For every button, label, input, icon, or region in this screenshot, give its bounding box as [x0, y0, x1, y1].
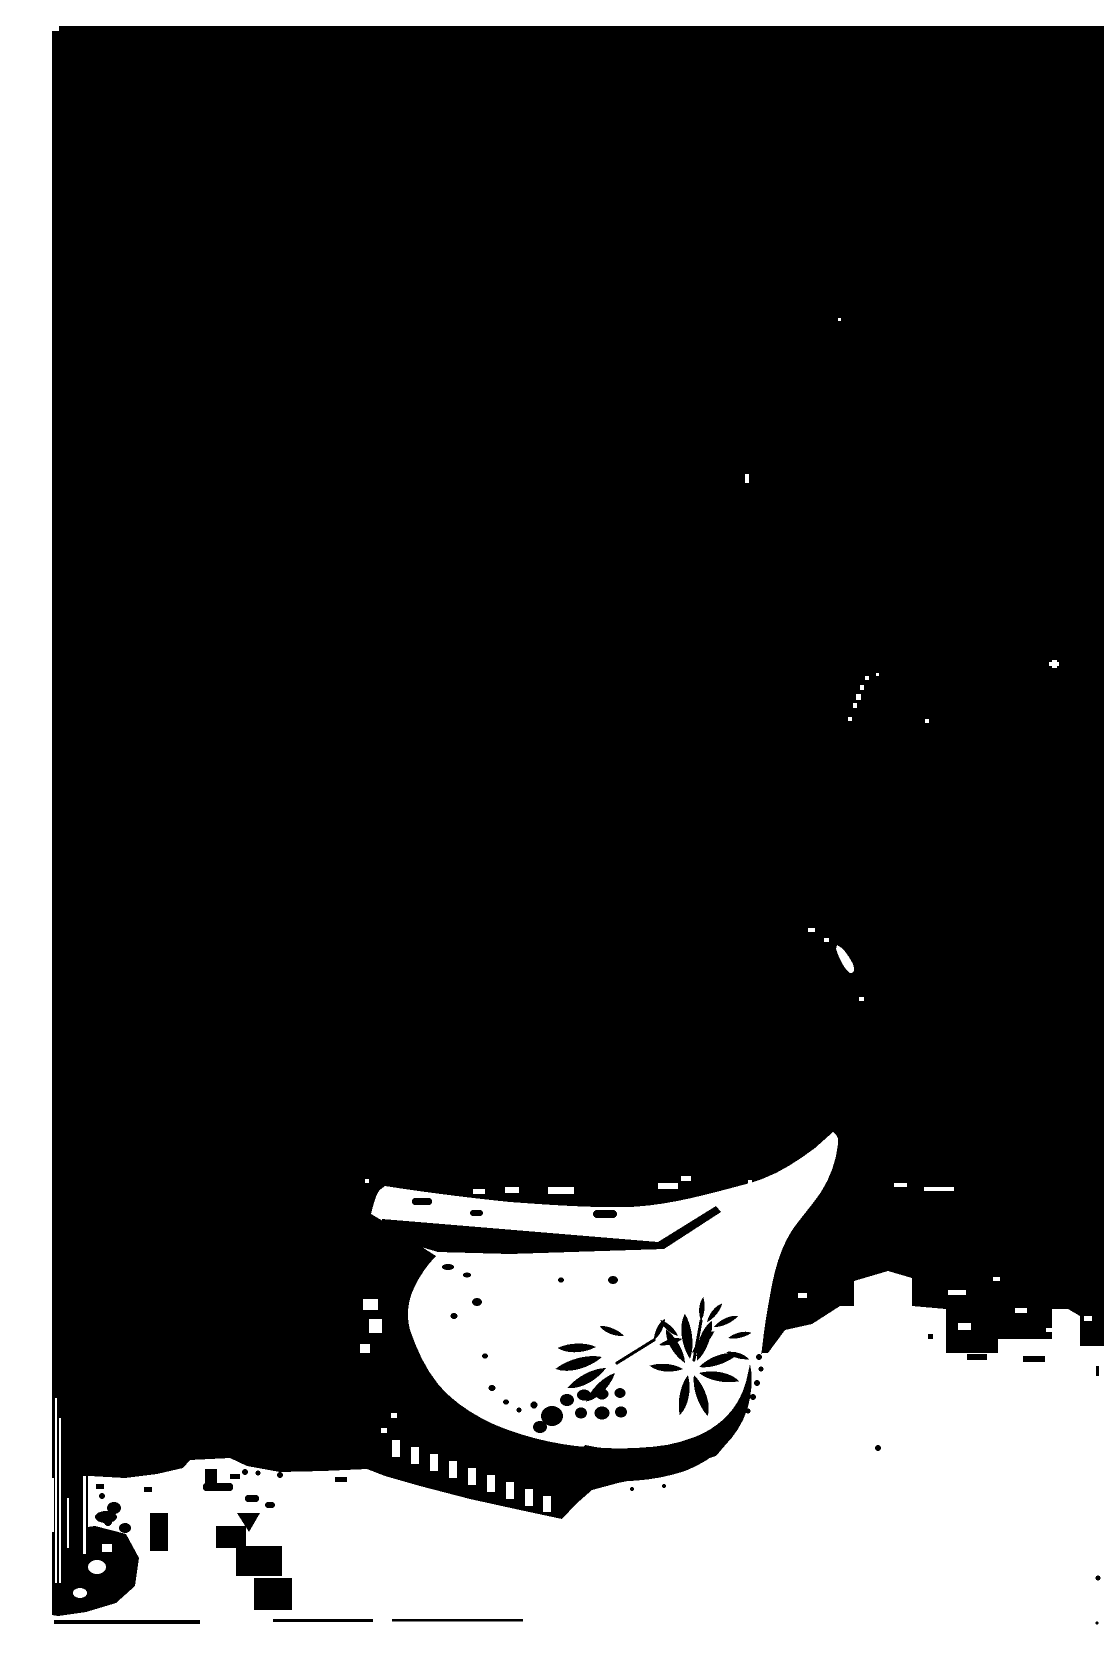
rim-mark: [593, 1210, 617, 1218]
photo-canvas: [40, 16, 1104, 1641]
rim-mark: [412, 1198, 432, 1205]
binarized-photo: High-contrast black and white thresholde…: [40, 16, 1104, 1641]
rim-mark: [470, 1210, 483, 1216]
